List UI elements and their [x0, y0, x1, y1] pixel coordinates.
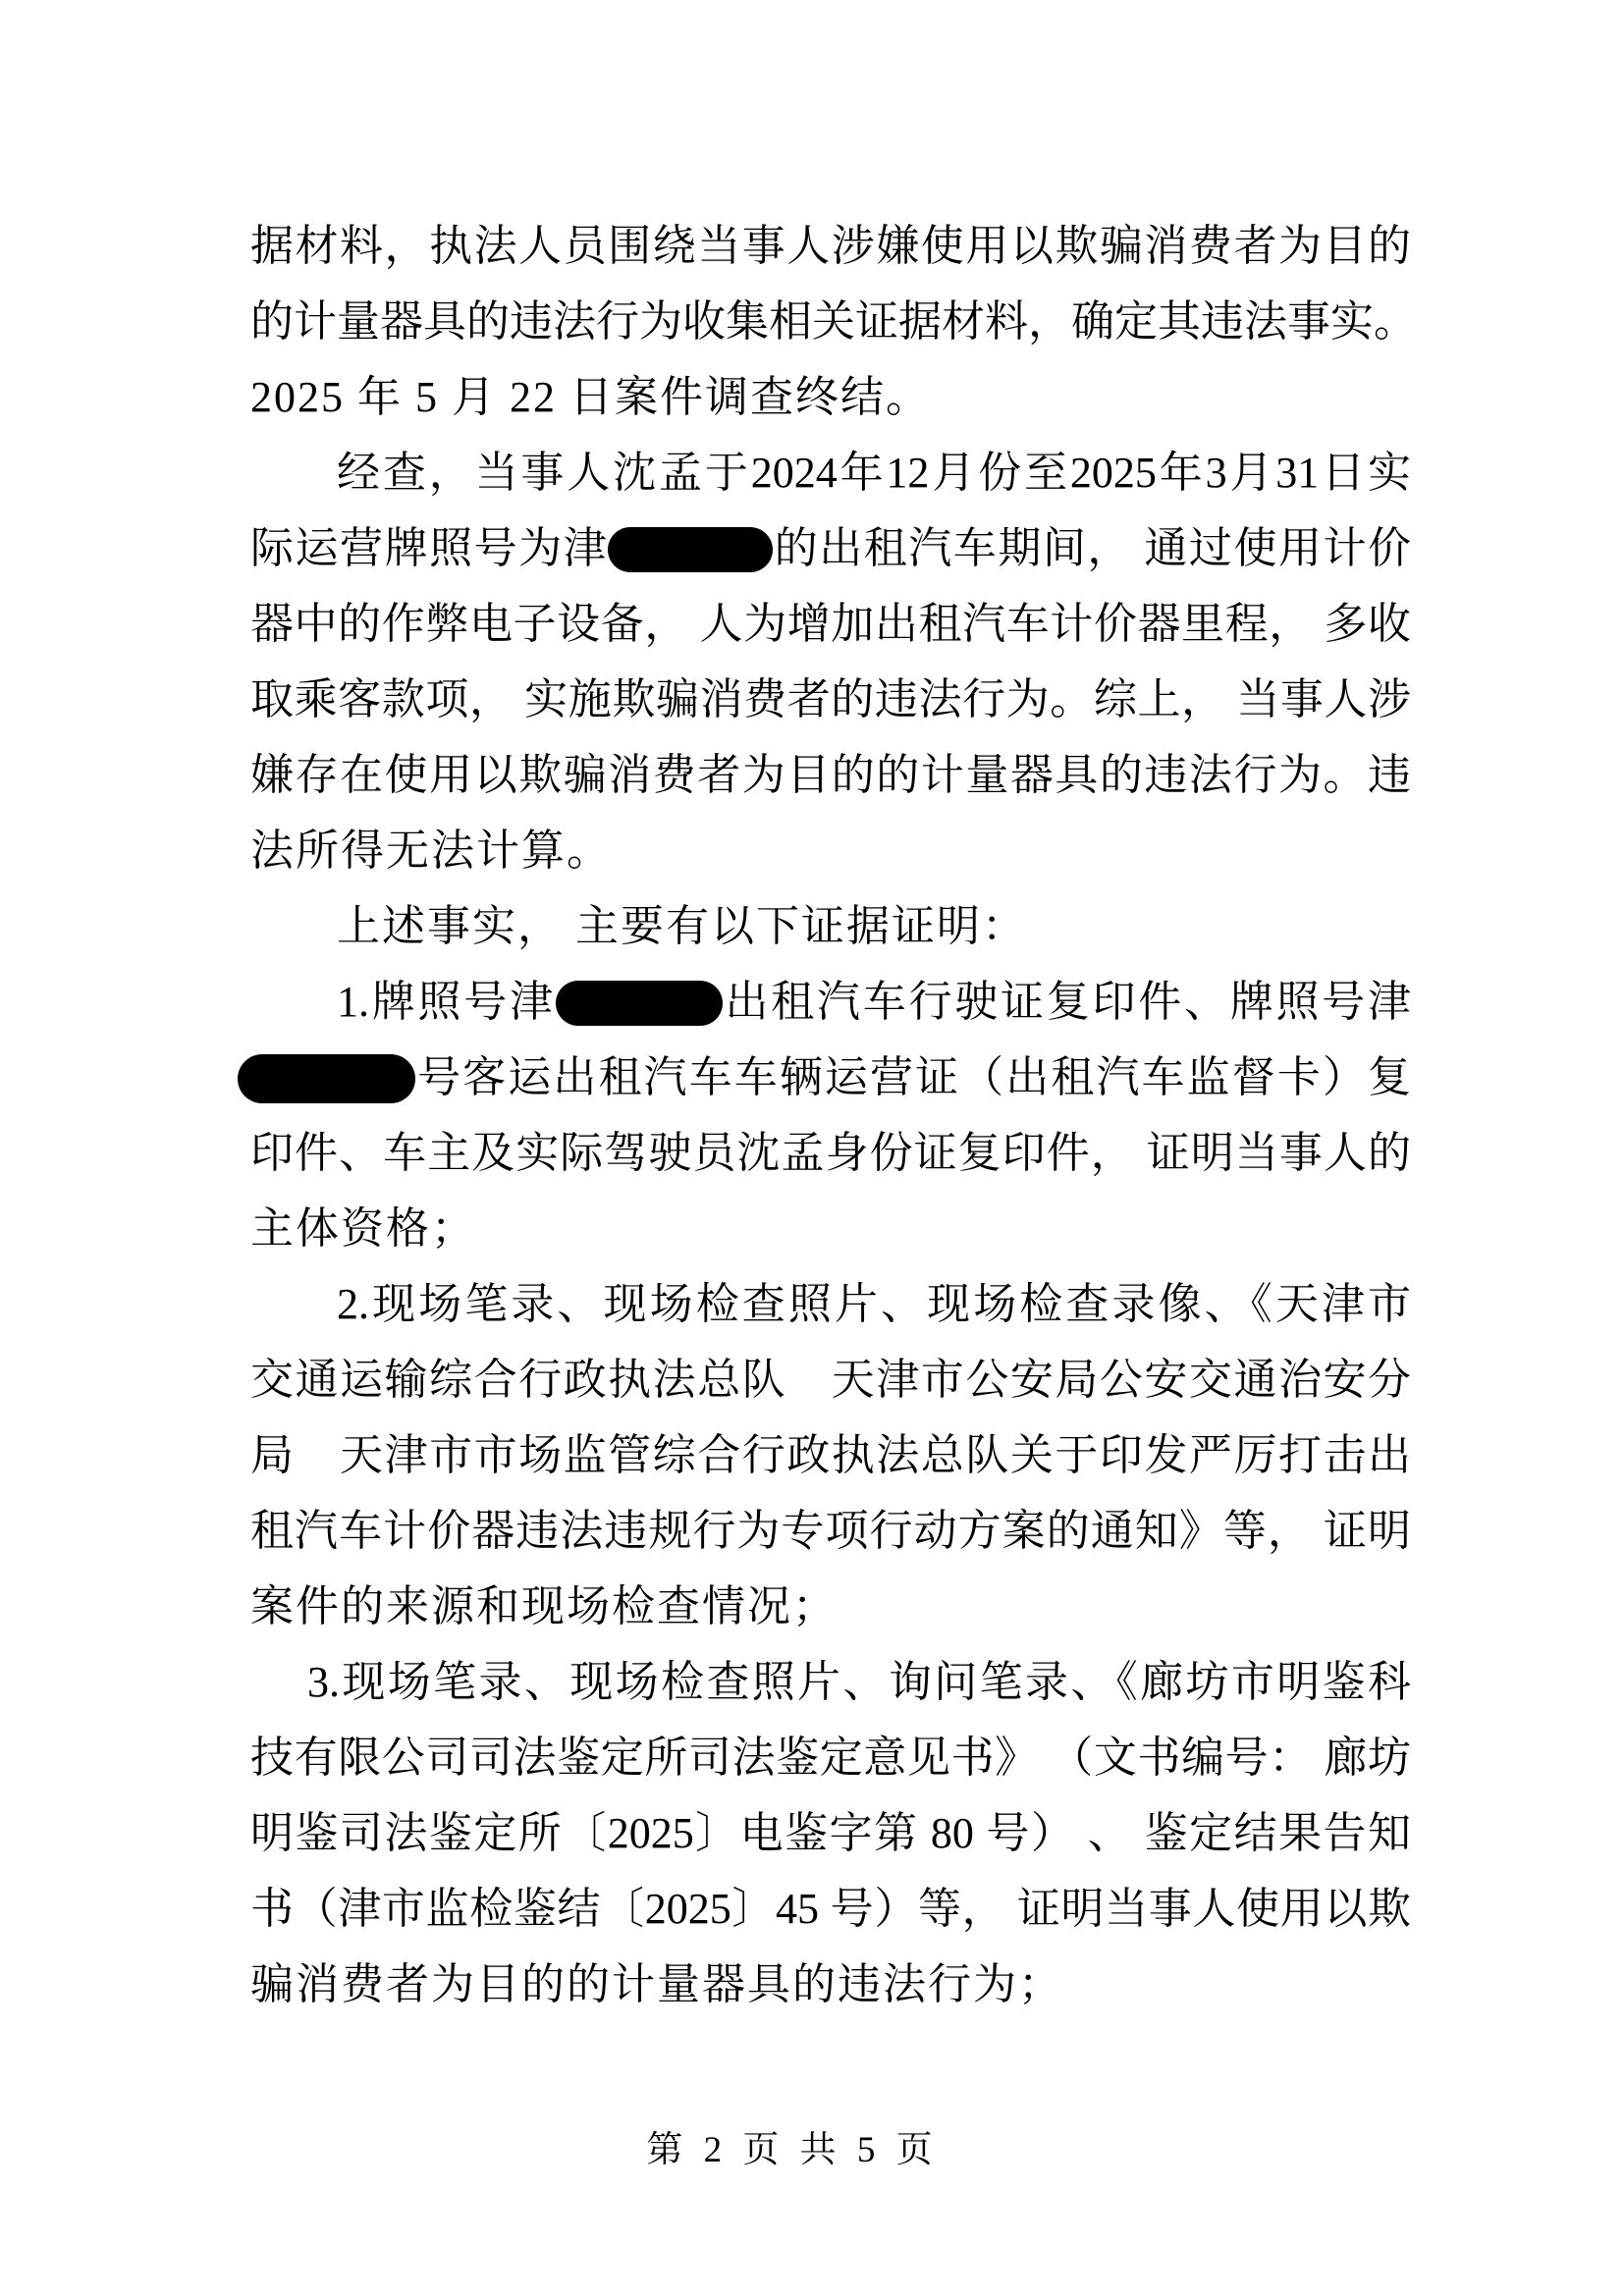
document-body: 据材料，执法人员围绕当事人涉嫌使用以欺骗消费者为目的 的计量器具的违法行为收集相…	[250, 208, 1411, 2022]
text-line: 据材料，执法人员围绕当事人涉嫌使用以欺骗消费者为目的	[250, 208, 1411, 284]
text-line: 技有限公司司法鉴定所司法鉴定意见书》 （文书编号： 廊坊	[250, 1720, 1411, 1795]
text-line: 3.现场笔录、现场检查照片、询问笔录、《廊坊市明鉴科	[250, 1644, 1411, 1720]
text-line: 骗消费者为目的的计量器具的违法行为；	[250, 1947, 1411, 2022]
text-line: 交通运输综合行政执法总队 天津市公安局公安交通治安分	[250, 1342, 1411, 1417]
redaction-box	[556, 981, 723, 1026]
text-line-with-redaction: 号客运出租汽车车辆运营证（出租汽车监督卡）复	[250, 1040, 1411, 1115]
text-segment: 出租汽车行驶证复印件、牌照号津	[723, 978, 1411, 1026]
text-line: 上述事实， 主要有以下证据证明：	[250, 888, 1411, 964]
text-line: 明鉴司法鉴定所〔2025〕电鉴字第 80 号） 、 鉴定结果告知	[250, 1795, 1411, 1871]
text-line: 法所得无法计算。	[250, 813, 1411, 888]
text-segment: 的出租汽车期间， 通过使用计价	[773, 524, 1411, 572]
text-line: 2025 年 5 月 22 日案件调查终结。	[250, 359, 1411, 435]
text-segment: 际运营牌照号为津	[250, 524, 608, 572]
page-number: 第 2 页 共 5 页	[0, 2128, 1585, 2173]
text-line: 2.现场笔录、现场检查照片、现场检查录像、《天津市	[250, 1266, 1411, 1342]
text-line: 案件的来源和现场检查情况；	[250, 1569, 1411, 1644]
text-segment: 1.牌照号津	[337, 978, 556, 1026]
text-line-with-redaction: 际运营牌照号为津的出租汽车期间， 通过使用计价	[250, 510, 1411, 586]
text-line: 主体资格；	[250, 1191, 1411, 1266]
document-page: 据材料，执法人员围绕当事人涉嫌使用以欺骗消费者为目的 的计量器具的违法行为收集相…	[0, 0, 1624, 2296]
text-line: 取乘客款项， 实施欺骗消费者的违法行为。综上， 当事人涉	[250, 662, 1411, 737]
text-line-with-redaction: 1.牌照号津出租汽车行驶证复印件、牌照号津	[250, 964, 1411, 1040]
text-line: 书（津市监检鉴结〔2025〕45 号）等， 证明当事人使用以欺	[250, 1871, 1411, 1947]
text-segment: 号客运出租汽车车辆运营证（出租汽车监督卡）复	[415, 1053, 1411, 1101]
text-line: 器中的作弊电子设备， 人为增加出租汽车计价器里程， 多收	[250, 586, 1411, 662]
text-line: 印件、车主及实际驾驶员沈孟身份证复印件， 证明当事人的	[250, 1115, 1411, 1191]
redaction-box	[238, 1054, 415, 1103]
text-line: 的计量器具的违法行为收集相关证据材料，确定其违法事实。	[250, 284, 1411, 359]
text-line: 局 天津市市场监管综合行政执法总队关于印发严厉打击出	[250, 1417, 1411, 1493]
text-line: 经查，当事人沈孟于2024年12月份至2025年3月31日实	[250, 435, 1411, 510]
text-line: 租汽车计价器违法违规行为专项行动方案的通知》等， 证明	[250, 1493, 1411, 1569]
redaction-box	[608, 527, 773, 572]
text-line: 嫌存在使用以欺骗消费者为目的的计量器具的违法行为。违	[250, 737, 1411, 813]
